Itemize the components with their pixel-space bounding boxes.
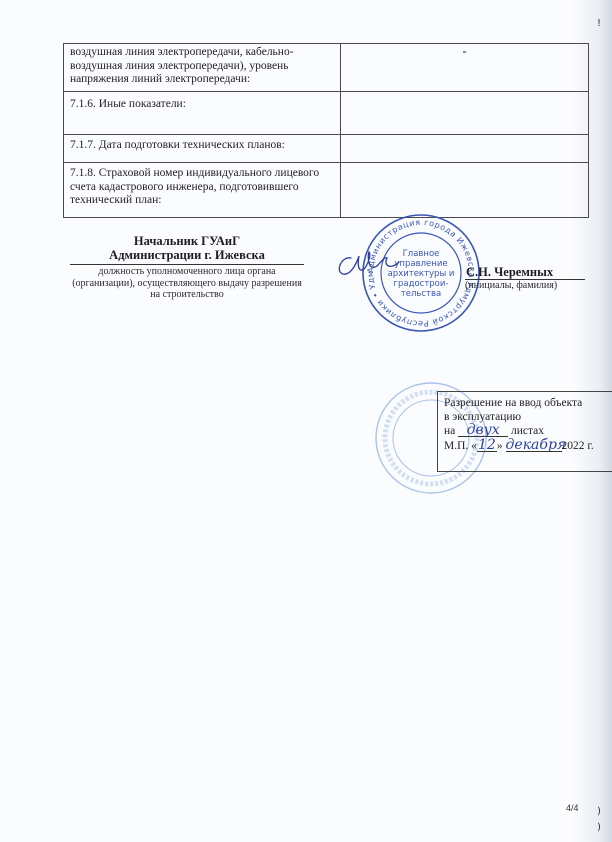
sheets-suffix: листах (511, 425, 544, 437)
position-caption: должность уполномоченного лица органа (о… (70, 266, 304, 301)
row-label: 7.1.7. Дата подготовки технических плано… (64, 135, 341, 163)
specifications-table: воздушная линия электропередачи, кабельн… (63, 43, 589, 218)
year: 2022 г. (562, 440, 594, 452)
row-value (341, 92, 589, 135)
row-value (341, 135, 589, 163)
row-value (341, 163, 589, 218)
on-prefix: на (444, 425, 455, 437)
month-handwritten: декабря (506, 439, 562, 452)
table-row: 7.1.6. Иные показатели: (64, 92, 589, 135)
row-label: воздушная линия электропередачи, кабельн… (64, 44, 341, 92)
row-label: 7.1.6. Иные показатели: (64, 92, 341, 135)
signatory-name-block: С.Н. Черемных (инициалы, фамилия) (465, 265, 585, 292)
signatory-position: Начальник ГУАиГ Администрации г. Ижевска… (70, 234, 304, 301)
table-row: воздушная линия электропередачи, кабельн… (64, 44, 589, 92)
day-suffix: » (497, 440, 503, 452)
position-line: Начальник ГУАиГ (70, 234, 304, 248)
row-label: 7.1.8. Страховой номер индивидуального л… (64, 163, 341, 218)
table-row: 7.1.7. Дата подготовки технических плано… (64, 135, 589, 163)
table-row: 7.1.8. Страховой номер индивидуального л… (64, 163, 589, 218)
edge-mark: ! (597, 18, 601, 29)
signature-icon (333, 248, 403, 282)
row-value: - (341, 44, 589, 92)
position-line: Администрации г. Ижевска (70, 248, 304, 262)
day-handwritten: 12 (477, 439, 497, 452)
svg-text:Главное: Главное (403, 249, 440, 259)
name-caption: (инициалы, фамилия) (465, 280, 585, 292)
svg-text:тельства: тельства (401, 289, 441, 299)
sheets-count-handwritten: двух (458, 424, 508, 437)
edge-mark: ) (597, 822, 601, 833)
page-number: 4/4 (566, 803, 579, 813)
mp-prefix: М.П. « (444, 440, 477, 452)
signatory-name: С.Н. Черемных (465, 265, 585, 280)
position-title: Начальник ГУАиГ Администрации г. Ижевска (70, 234, 304, 265)
cert-date-line: М.П. «12» декабря2022 г. (444, 439, 612, 454)
certification-box: Разрешение на ввод объекта в эксплуатаци… (437, 391, 612, 472)
cert-line: Разрешение на ввод объекта (444, 397, 612, 411)
edge-mark: ) (597, 806, 601, 817)
